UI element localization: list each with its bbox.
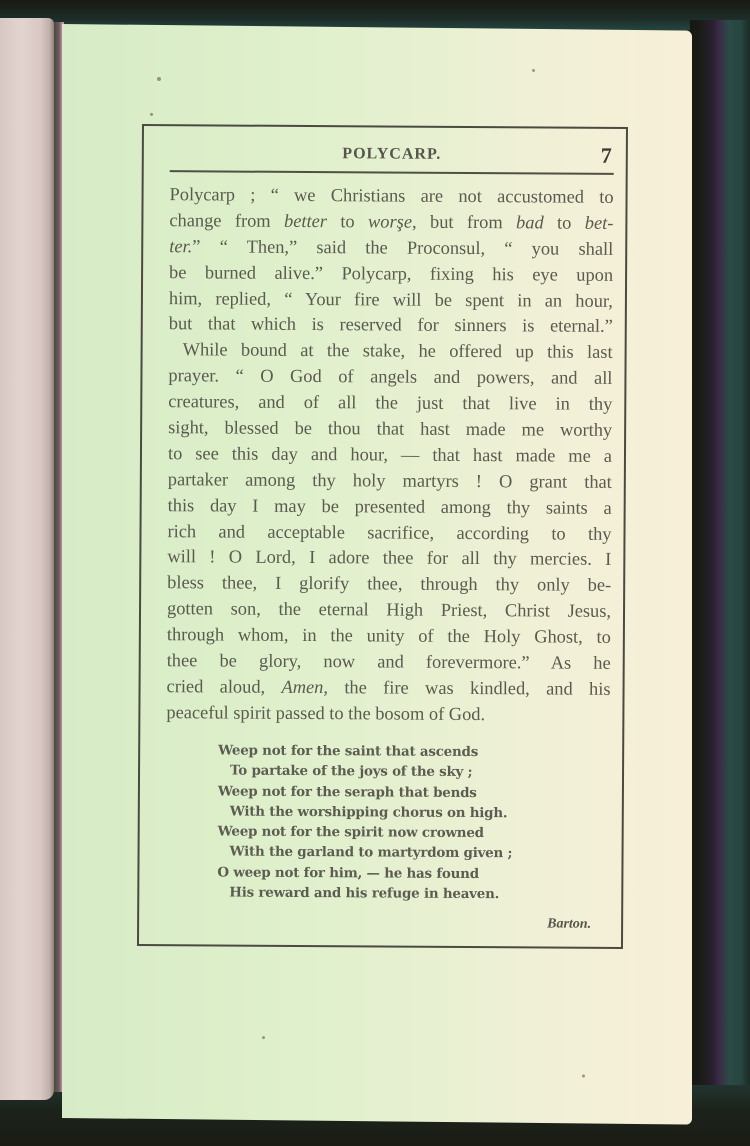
italic-emphasis: ter. <box>169 236 192 256</box>
poem-attribution: Barton. <box>547 916 591 932</box>
text-run: this day I may be presented among thy sa… <box>168 495 612 518</box>
italic-emphasis: bet- <box>585 213 614 233</box>
text-line: creatures, and of all the just that live… <box>168 389 612 418</box>
text-line: Polycarp ; “ we Christians are not accus… <box>169 182 613 211</box>
text-run: While bound at the stake, he offered up … <box>183 340 613 363</box>
facing-left-page <box>0 18 54 1100</box>
paper-speck <box>532 69 535 72</box>
poem-line: Weep not for the seraph that bends <box>218 781 513 803</box>
text-line: to see this day and hour, — that hast ma… <box>168 441 612 470</box>
paper-speck <box>262 1036 265 1039</box>
poem-line: O weep not for him, — he has found <box>217 862 512 884</box>
text-run: but that which is reserved for sinners i… <box>169 314 613 337</box>
text-line: this day I may be presented among thy sa… <box>168 493 612 522</box>
book-cover-right-edge <box>690 20 750 1130</box>
text-line: be burned alive.” Polycarp, fixing his e… <box>169 260 613 289</box>
text-line: While bound at the stake, he offered up … <box>169 338 613 367</box>
poem-line: With the worshipping chorus on high. <box>218 801 513 823</box>
text-line: him, replied, “ Your fire will be spent … <box>169 286 613 315</box>
text-line: cried aloud, Amen, the fire was kindled,… <box>166 674 610 703</box>
running-head: POLYCARP. <box>170 144 614 165</box>
text-run: , but from <box>412 212 516 233</box>
text-line: bless thee, I glorify thee, through thy … <box>167 571 611 600</box>
poem-line: His reward and his refuge in heaven. <box>217 883 512 905</box>
text-run: be burned alive.” Polycarp, fixing his e… <box>169 262 613 285</box>
text-run: ” “ Then,” said the Proconsul, “ you sha… <box>192 236 613 259</box>
text-line: ter.” “ Then,” said the Proconsul, “ you… <box>169 234 613 263</box>
italic-emphasis: bad <box>516 212 544 232</box>
text-line: gotten son, the eternal High Priest, Chr… <box>167 596 611 625</box>
text-run: creatures, and of all the just that live… <box>168 391 612 414</box>
poem-line: With the garland to martyrdom given ; <box>217 842 512 864</box>
body-paragraphs: Polycarp ; “ we Christians are not accus… <box>166 182 613 728</box>
text-run: partaker among thy holy martyrs ! O gran… <box>168 469 612 492</box>
text-run: to <box>327 211 368 231</box>
text-run: thee be glory, now and forevermore.” As … <box>167 650 611 673</box>
text-run: , the fire was kindled, and his <box>323 677 610 699</box>
paper-speck <box>582 1074 585 1077</box>
text-line: partaker among thy holy martyrs ! O gran… <box>168 467 612 496</box>
text-line: prayer. “ O God of angels and powers, an… <box>168 363 612 392</box>
printed-text-frame: POLYCARP. 7 Polycarp ; “ we Christians a… <box>137 124 628 949</box>
text-run: bless thee, I glorify thee, through thy … <box>167 573 611 596</box>
text-run: will ! O Lord, I adore thee for all thy … <box>167 547 611 570</box>
text-line: rich and acceptable sacrifice, according… <box>167 519 611 548</box>
paper-speck <box>157 77 161 81</box>
text-run: cried aloud, <box>167 676 282 697</box>
text-run: to <box>544 212 585 232</box>
poem-line: Weep not for the saint that ascends <box>218 740 513 762</box>
italic-emphasis: Amen <box>281 677 323 697</box>
text-line: through whom, in the unity of the Holy G… <box>167 622 611 651</box>
text-line: change from better to worşe, but from ba… <box>169 208 613 237</box>
text-line: sight, blessed be thou that hast made me… <box>168 415 612 444</box>
poem-line: Weep not for the spirit now crowned <box>218 822 513 844</box>
text-line: peaceful spirit passed to the bosom of G… <box>166 700 610 729</box>
text-run: gotten son, the eternal High Priest, Chr… <box>167 598 611 621</box>
text-run: peaceful spirit passed to the bosom of G… <box>166 702 485 724</box>
text-run: Polycarp ; “ we Christians are not accus… <box>170 184 614 207</box>
text-run: rich and acceptable sacrifice, according… <box>167 521 611 544</box>
text-run: through whom, in the unity of the Holy G… <box>167 624 611 647</box>
poem-stanza: Weep not for the saint that ascendsTo pa… <box>217 740 513 904</box>
text-line: thee be glory, now and forevermore.” As … <box>167 648 611 677</box>
text-run: prayer. “ O God of angels and powers, an… <box>168 365 612 388</box>
text-run: sight, blessed be thou that hast made me… <box>168 417 612 440</box>
text-run: change from <box>169 210 284 231</box>
text-line: but that which is reserved for sinners i… <box>169 312 613 341</box>
page-number: 7 <box>601 143 612 169</box>
page-header: POLYCARP. 7 <box>170 140 614 175</box>
text-run: to see this day and hour, — that hast ma… <box>168 443 612 466</box>
text-run: him, replied, “ Your fire will be spent … <box>169 288 613 311</box>
text-line: will ! O Lord, I adore thee for all thy … <box>167 545 611 574</box>
poem-line: To partake of the joys of the sky ; <box>218 761 513 783</box>
italic-emphasis: worşe <box>368 211 412 231</box>
paper-speck <box>150 113 153 116</box>
italic-emphasis: better <box>284 211 327 231</box>
